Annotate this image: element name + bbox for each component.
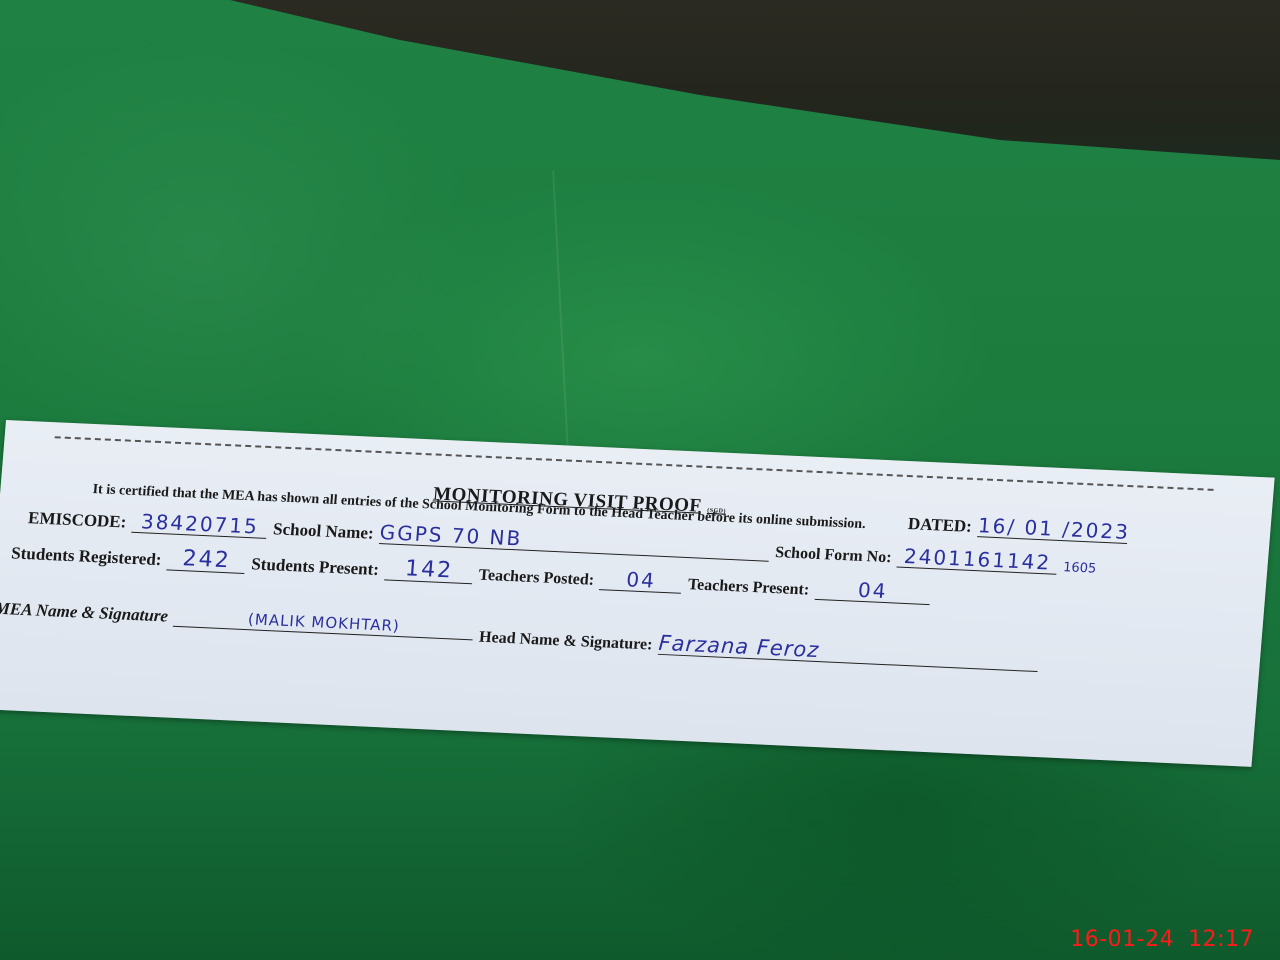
emiscode-value: 38420715 [132,510,269,539]
teachers-present-label: Teachers Present: [687,576,810,599]
dated-field: DATED: 16/ 01 /2023 [907,511,1129,544]
head-signature-label: Head Name & Signature: [478,629,653,655]
timestamp-time: 12:17 [1188,927,1254,952]
students-registered-value: 242 [167,548,247,574]
teachers-present-value: 04 [814,577,931,605]
mea-signature-label: MEA Name & Signature [0,599,169,627]
students-present-label: Students Present: [251,554,380,580]
school-name-label: School Name: [272,519,374,544]
mea-signature-value: (MALIK MOKHTAR) [173,586,476,641]
students-registered-label: Students Registered: [11,543,163,570]
school-form-no-label: School Form No: [774,544,892,567]
school-name-value: GGPS 70 NB [379,521,770,562]
monitoring-visit-proof-slip: MONITORING VISIT PROOF(SGD) It is certif… [0,420,1275,767]
camera-timestamp: 16-01-2412:17 [1070,927,1254,952]
emiscode-label: EMISCODE: [27,508,127,532]
school-form-no-value: 2401161142 [897,545,1059,575]
school-form-no-extra: 1605 [1063,560,1097,576]
dated-label: DATED: [907,514,972,537]
photo-scene: MONITORING VISIT PROOF(SGD) It is certif… [0,0,1280,960]
dated-value: 16/ 01 /2023 [977,514,1129,544]
students-present-value: 142 [384,557,474,584]
teachers-posted-value: 04 [599,567,683,594]
head-signature-value: Farzana Feroz [658,632,1039,672]
timestamp-date: 16-01-24 [1070,927,1174,952]
teachers-posted-label: Teachers Posted: [478,567,595,590]
